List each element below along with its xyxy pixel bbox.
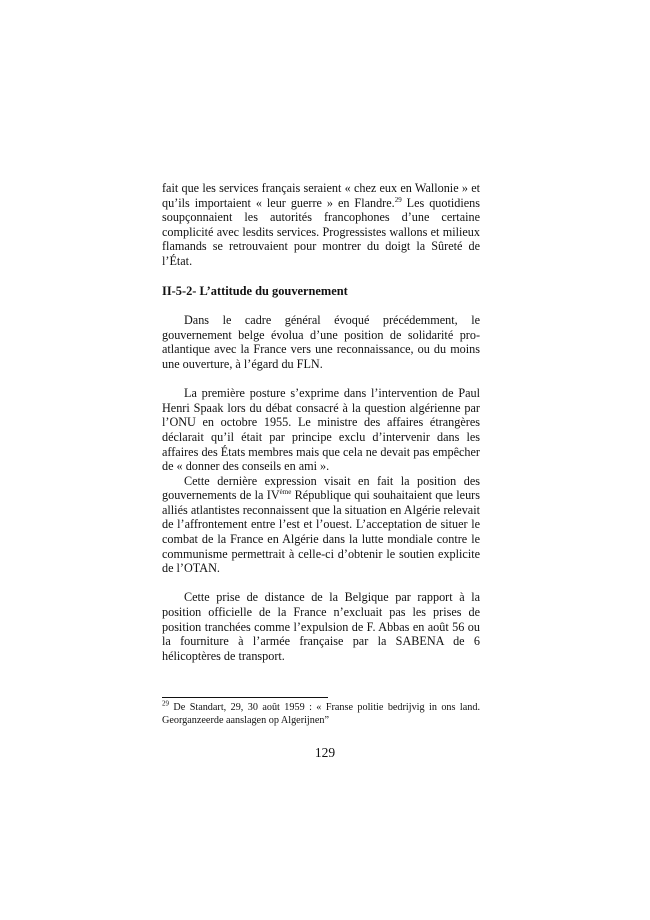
page-number: 129 xyxy=(0,745,650,761)
footnote: 29 De Standart, 29, 30 août 1959 : « Fra… xyxy=(162,701,480,728)
page-body: fait que les services français seraient … xyxy=(162,181,480,663)
paragraph-3: La première posture s’exprime dans l’int… xyxy=(162,386,480,474)
paragraph-2: Dans le cadre général évoqué précédemmen… xyxy=(162,313,480,371)
footnote-text: De Standart, 29, 30 août 1959 : « Franse… xyxy=(162,702,480,726)
ordinal-superscript: ème xyxy=(280,488,292,496)
section-heading: II-5-2- L’attitude du gouvernement xyxy=(162,284,480,299)
paragraph-1: fait que les services français seraient … xyxy=(162,181,480,269)
paragraph-5: Cette prise de distance de la Belgique p… xyxy=(162,590,480,663)
footnote-reference[interactable]: 29 xyxy=(395,196,402,204)
footnote-separator xyxy=(162,697,328,698)
paragraph-4: Cette dernière expression visait en fait… xyxy=(162,474,480,576)
footnote-number: 29 xyxy=(162,700,169,708)
